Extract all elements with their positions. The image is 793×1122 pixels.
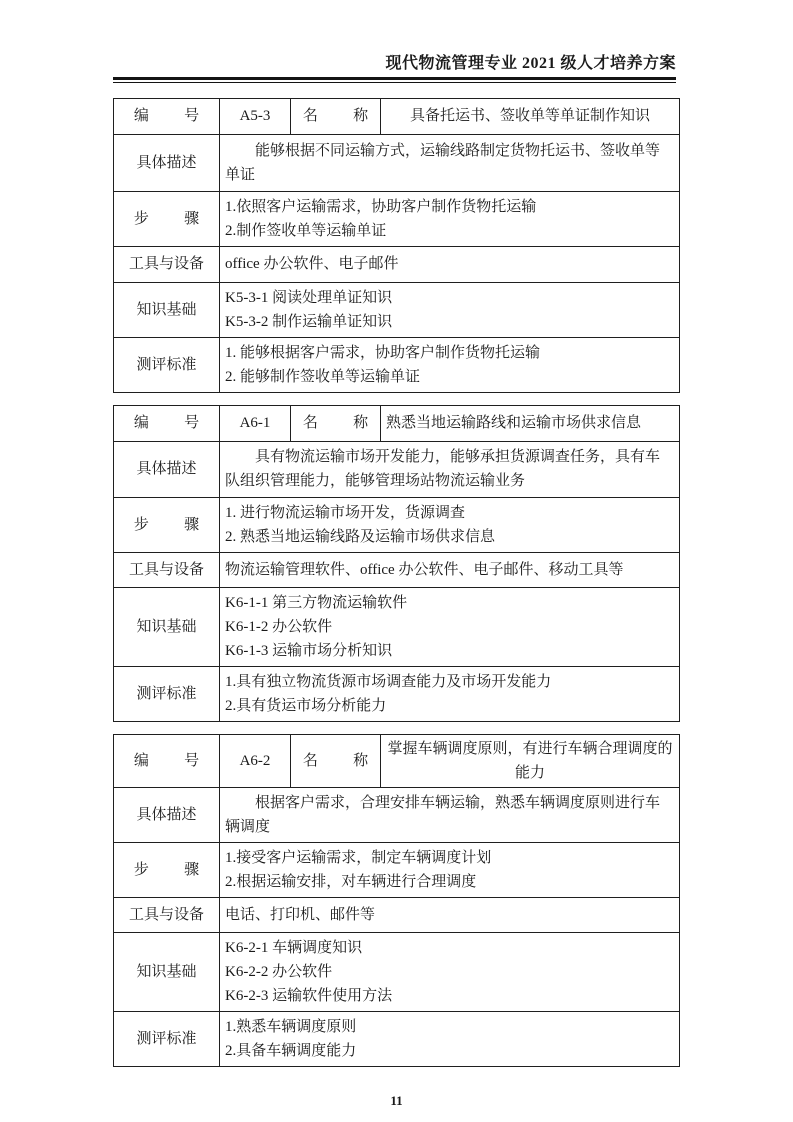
steps-list: 1.依照客户运输需求，协助客户制作货物托运输2.制作签收单等运输单证 — [220, 191, 680, 246]
row-label-name: 名 称 — [291, 734, 381, 787]
steps-list: 1.接受客户运输需求，制定车辆调度计划2.根据运输安排，对车辆进行合理调度 — [220, 842, 680, 897]
competency-table-a6-1: 编 号 A6-1 名 称 熟悉当地运输路线和运输市场供求信息 具体描述 具有物流… — [113, 405, 680, 722]
tools-text: 物流运输管理软件、office 办公软件、电子邮件、移动工具等 — [220, 552, 680, 587]
criteria-list: 1.熟悉车辆调度原则2.具备车辆调度能力 — [220, 1011, 680, 1066]
row-label-tools: 工具与设备 — [114, 897, 220, 932]
unit-name: 熟悉当地运输路线和运输市场供求信息 — [381, 405, 680, 441]
description-text: 能够根据不同运输方式，运输线路制定货物托运书、签收单等单证 — [220, 134, 680, 191]
row-label-id: 编 号 — [114, 98, 220, 134]
row-label-name: 名 称 — [291, 98, 381, 134]
unit-name: 具备托运书、签收单等单证制作知识 — [381, 98, 680, 134]
row-label-steps: 步 骤 — [114, 191, 220, 246]
criteria-list: 1. 能够根据客户需求，协助客户制作货物托运输2. 能够制作签收单等运输单证 — [220, 337, 680, 392]
header-rule-divider — [113, 77, 676, 83]
row-label-knowledge: 知识基础 — [114, 587, 220, 666]
row-label-steps: 步 骤 — [114, 842, 220, 897]
row-label-criteria: 测评标准 — [114, 337, 220, 392]
knowledge-list: K6-1-1 第三方物流运输软件K6-1-2 办公软件K6-1-3 运输市场分析… — [220, 587, 680, 666]
row-label-id: 编 号 — [114, 734, 220, 787]
knowledge-list: K5-3-1 阅读处理单证知识K5-3-2 制作运输单证知识 — [220, 282, 680, 337]
description-text: 具有物流运输市场开发能力，能够承担货源调查任务，具有车队组织管理能力，能够管理场… — [220, 441, 680, 497]
description-text: 根据客户需求，合理安排车辆运输，熟悉车辆调度原则进行车辆调度 — [220, 787, 680, 842]
row-label-id: 编 号 — [114, 405, 220, 441]
competency-table-a5-3: 编 号 A5-3 名 称 具备托运书、签收单等单证制作知识 具体描述 能够根据不… — [113, 98, 680, 393]
unit-code: A5-3 — [220, 98, 291, 134]
criteria-list: 1.具有独立物流货源市场调查能力及市场开发能力2.具有货运市场分析能力 — [220, 666, 680, 721]
tools-text: 电话、打印机、邮件等 — [220, 897, 680, 932]
page-title: 现代物流管理专业 2021 级人才培养方案 — [113, 50, 676, 73]
header-rule-thin-line — [113, 82, 676, 83]
row-label-description: 具体描述 — [114, 134, 220, 191]
page-number: 11 — [0, 1093, 793, 1109]
row-label-description: 具体描述 — [114, 441, 220, 497]
page-header: 现代物流管理专业 2021 级人才培养方案 — [113, 50, 676, 73]
unit-code: A6-2 — [220, 734, 291, 787]
unit-code: A6-1 — [220, 405, 291, 441]
row-label-tools: 工具与设备 — [114, 246, 220, 282]
row-label-knowledge: 知识基础 — [114, 282, 220, 337]
row-label-steps: 步 骤 — [114, 497, 220, 552]
row-label-knowledge: 知识基础 — [114, 932, 220, 1011]
row-label-criteria: 测评标准 — [114, 1011, 220, 1066]
knowledge-list: K6-2-1 车辆调度知识K6-2-2 办公软件K6-2-3 运输软件使用方法 — [220, 932, 680, 1011]
row-label-name: 名 称 — [291, 405, 381, 441]
steps-list: 1. 进行物流运输市场开发，货源调查2. 熟悉当地运输线路及运输市场供求信息 — [220, 497, 680, 552]
tools-text: office 办公软件、电子邮件 — [220, 246, 680, 282]
unit-name: 掌握车辆调度原则，有进行车辆合理调度的能力 — [381, 734, 680, 787]
row-label-tools: 工具与设备 — [114, 552, 220, 587]
header-rule-thick-line — [113, 77, 676, 80]
row-label-criteria: 测评标准 — [114, 666, 220, 721]
competency-table-a6-2: 编 号 A6-2 名 称 掌握车辆调度原则，有进行车辆合理调度的能力 具体描述 … — [113, 734, 680, 1067]
row-label-description: 具体描述 — [114, 787, 220, 842]
